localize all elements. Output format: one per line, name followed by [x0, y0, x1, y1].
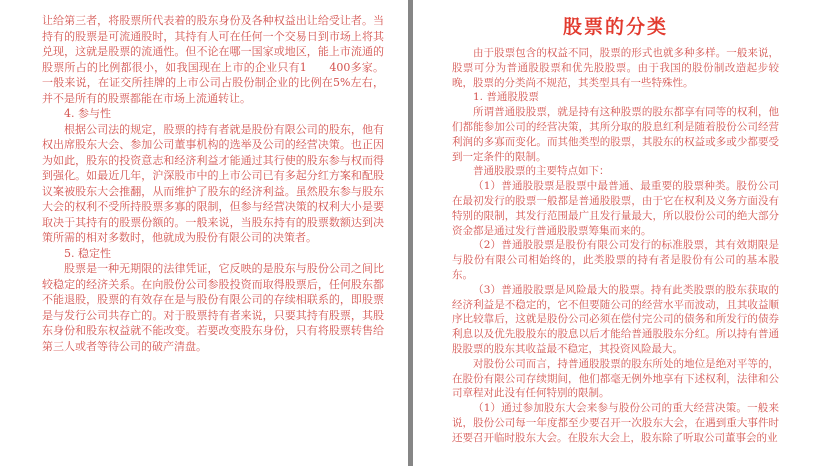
page-right: 股票的分类 由于股票包含的权益不同，股票的形式也就多种多样。一般来说，股票可分为…: [452, 15, 779, 446]
section-heading: 5. 稳定性: [42, 246, 384, 262]
paragraph: 所谓普通股股票，就是持有这种股票的股东都享有同等的权利，他们都能参加公司的经营决…: [452, 105, 779, 164]
paragraph: （3）普通股股票是风险最大的股票。持有此类股票的股东获取的经济利益是不稳定的，它…: [452, 283, 779, 357]
paragraph: （2）普通股股票是股份有限公司发行的标准股票，其有效期限是与股份有限公司相始终的…: [452, 238, 779, 282]
paragraph: （1）通过参加股东大会来参与股份公司的重大经营决策。一般来说，股份公司每一年度都…: [452, 401, 779, 445]
paragraph: 根据公司法的规定，股票的持有者就是股份有限公司的股东，他有权出席股东大会、参加公…: [42, 122, 384, 246]
section-heading: 4. 参与性: [42, 106, 384, 122]
paragraph: （1）普通股股票是股票中最普通、最重要的股票种类。股份公司在最初发行的股票一般都…: [452, 179, 779, 238]
page-title: 股票的分类: [452, 15, 779, 39]
paragraph: 让给第三者，将股票所代表着的股东身份及各种权益出让给受让者。当持有的股票是可流通…: [42, 13, 384, 106]
paragraph: 普通股股票的主要特点如下：: [452, 164, 779, 179]
paragraph: 由于股票包含的权益不同，股票的形式也就多种多样。一般来说，股票可分为普通股股票和…: [452, 46, 779, 90]
section-heading: 1. 普通股股票: [452, 90, 779, 105]
document-viewer: 让给第三者，将股票所代表着的股东身份及各种权益出让给受让者。当持有的股票是可流通…: [0, 0, 820, 466]
page-divider: [408, 0, 413, 466]
paragraph: 股票是一种无期限的法律凭证，它反映的是股东与股份公司之间比较稳定的经济关系。在向…: [42, 261, 384, 354]
paragraph: 对股份公司而言，持普通股股票的股东所处的地位是绝对平等的，在股份有限公司存续期间…: [452, 357, 779, 401]
page-left: 让给第三者，将股票所代表着的股东身份及各种权益出让给受让者。当持有的股票是可流通…: [42, 13, 384, 354]
